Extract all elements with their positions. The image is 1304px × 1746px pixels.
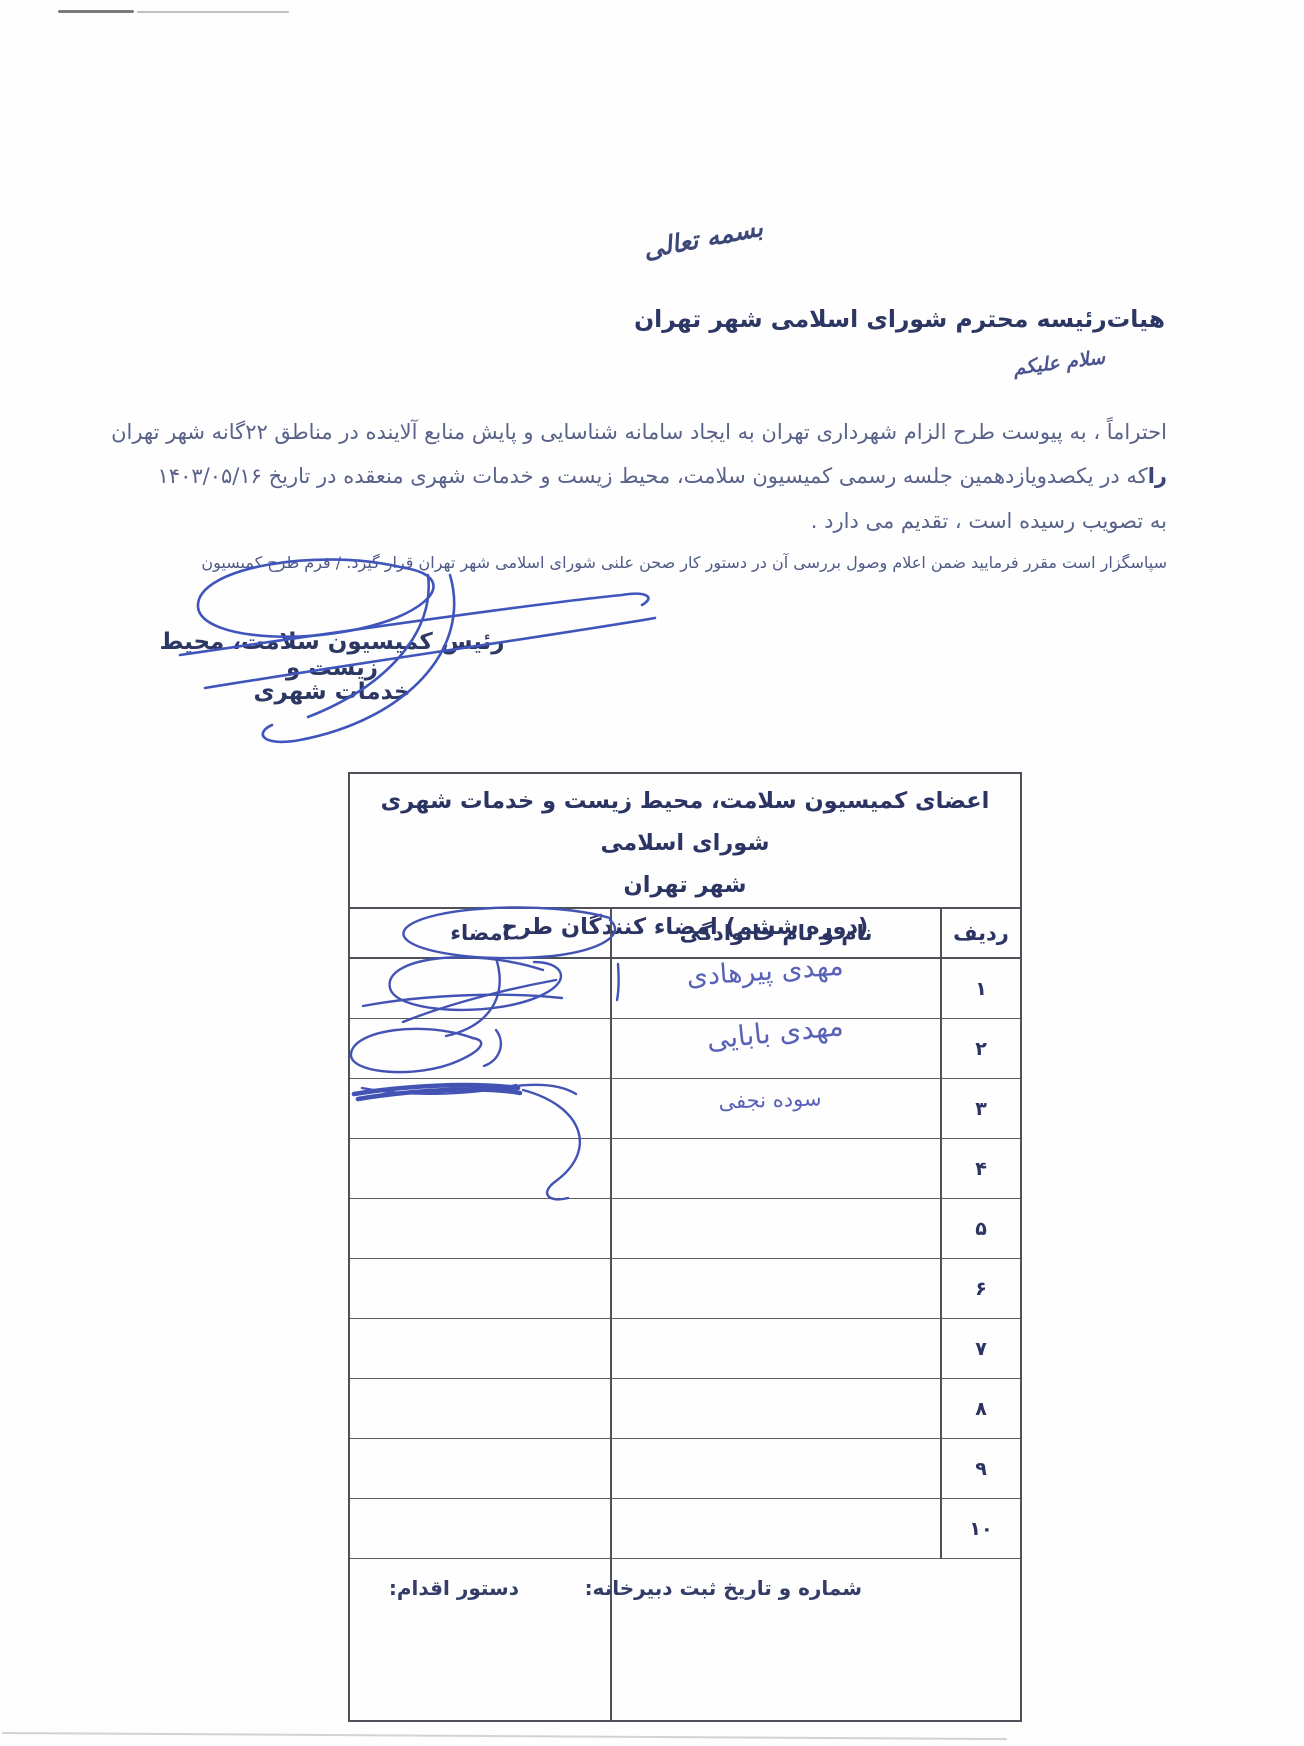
table-row: ۶ bbox=[350, 1259, 1020, 1319]
table-title-line-2: شهر تهران bbox=[350, 864, 1020, 906]
row-number: ۶ bbox=[940, 1259, 1020, 1318]
registry-label: شماره و تاریخ ثبت دبیرخانه: bbox=[585, 1576, 862, 1600]
row-number: ۲ bbox=[940, 1019, 1020, 1078]
recipient-heading: هیات‌رئیسه محترم شورای اسلامی شهر تهران bbox=[634, 305, 1165, 333]
signature-cell bbox=[350, 1079, 610, 1138]
action-label: دستور اقدام: bbox=[389, 1576, 519, 1600]
name-cell bbox=[610, 1499, 940, 1558]
signature-cell bbox=[350, 1439, 610, 1498]
signature-cell bbox=[350, 1499, 610, 1558]
row-number: ۵ bbox=[940, 1199, 1020, 1258]
body-line-3: به تصویب رسیده است ، تقدیم می دارد . bbox=[811, 509, 1167, 533]
table-row: ۴ bbox=[350, 1139, 1020, 1199]
scan-artifact-line bbox=[58, 10, 134, 13]
table-row: ۹ bbox=[350, 1439, 1020, 1499]
table-row: ۷ bbox=[350, 1319, 1020, 1379]
signature-cell bbox=[350, 959, 610, 1018]
table-title-block: اعضای کمیسیون سلامت، محیط زیست و خدمات ش… bbox=[350, 774, 1020, 909]
row-number: ۱ bbox=[940, 959, 1020, 1018]
body-line-4: سپاسگزار است مقرر فرمایید ضمن اعلام وصول… bbox=[201, 553, 1167, 572]
col-header-full-name: نام و نام خانوادگی bbox=[610, 909, 940, 957]
body-line-2-emphasis: را bbox=[1148, 464, 1167, 488]
name-cell bbox=[610, 1379, 940, 1438]
signer-title-line-2: خدمات شهری bbox=[252, 679, 412, 705]
body-line-1: احتراماً ، به پیوست طرح الزام شهرداری ته… bbox=[111, 420, 1167, 444]
scan-artifact-line bbox=[2, 1732, 1007, 1740]
bismillah-calligraphy: بسمه تعالی bbox=[627, 210, 780, 267]
salutation-handwritten: سلام علیکم bbox=[1012, 346, 1106, 379]
table-row: ۱۰ bbox=[350, 1499, 1020, 1559]
row-number: ۸ bbox=[940, 1379, 1020, 1438]
table-row: ۸ bbox=[350, 1379, 1020, 1439]
scan-artifact-line bbox=[137, 11, 289, 13]
signature-cell bbox=[350, 1019, 610, 1078]
table-column-header-row: ردیف نام و نام خانوادگی امضاء bbox=[350, 909, 1020, 959]
name-cell bbox=[610, 1439, 940, 1498]
row-number: ۷ bbox=[940, 1319, 1020, 1378]
table-row: ۵ bbox=[350, 1199, 1020, 1259]
col-header-signature: امضاء bbox=[350, 909, 610, 957]
row-number: ۹ bbox=[940, 1439, 1020, 1498]
name-cell bbox=[610, 1199, 940, 1258]
signature-cell bbox=[350, 1379, 610, 1438]
signature-cell bbox=[350, 1319, 610, 1378]
body-line-2: راکه در یکصدویازدهمین جلسه رسمی کمیسیون … bbox=[158, 464, 1167, 488]
signature-cell bbox=[350, 1139, 610, 1198]
row-number: ۱۰ bbox=[940, 1499, 1020, 1558]
name-cell bbox=[610, 1319, 940, 1378]
signer-title-line-1: رئیس کمیسیون سلامت، محیط زیست و bbox=[140, 629, 524, 681]
name-cell bbox=[610, 1139, 940, 1198]
name-cell bbox=[610, 1259, 940, 1318]
body-line-2-rest: که در یکصدویازدهمین جلسه رسمی کمیسیون سل… bbox=[158, 464, 1148, 488]
signature-cell bbox=[350, 1259, 610, 1318]
scanned-letter-page: { "letter": { "bismillah": "بسمه تعالی",… bbox=[0, 0, 1304, 1746]
col-header-row-no: ردیف bbox=[940, 909, 1020, 957]
row-number: ۳ bbox=[940, 1079, 1020, 1138]
table-title-line-1: اعضای کمیسیون سلامت، محیط زیست و خدمات ش… bbox=[350, 780, 1020, 864]
row-number: ۴ bbox=[940, 1139, 1020, 1198]
signature-cell bbox=[350, 1199, 610, 1258]
